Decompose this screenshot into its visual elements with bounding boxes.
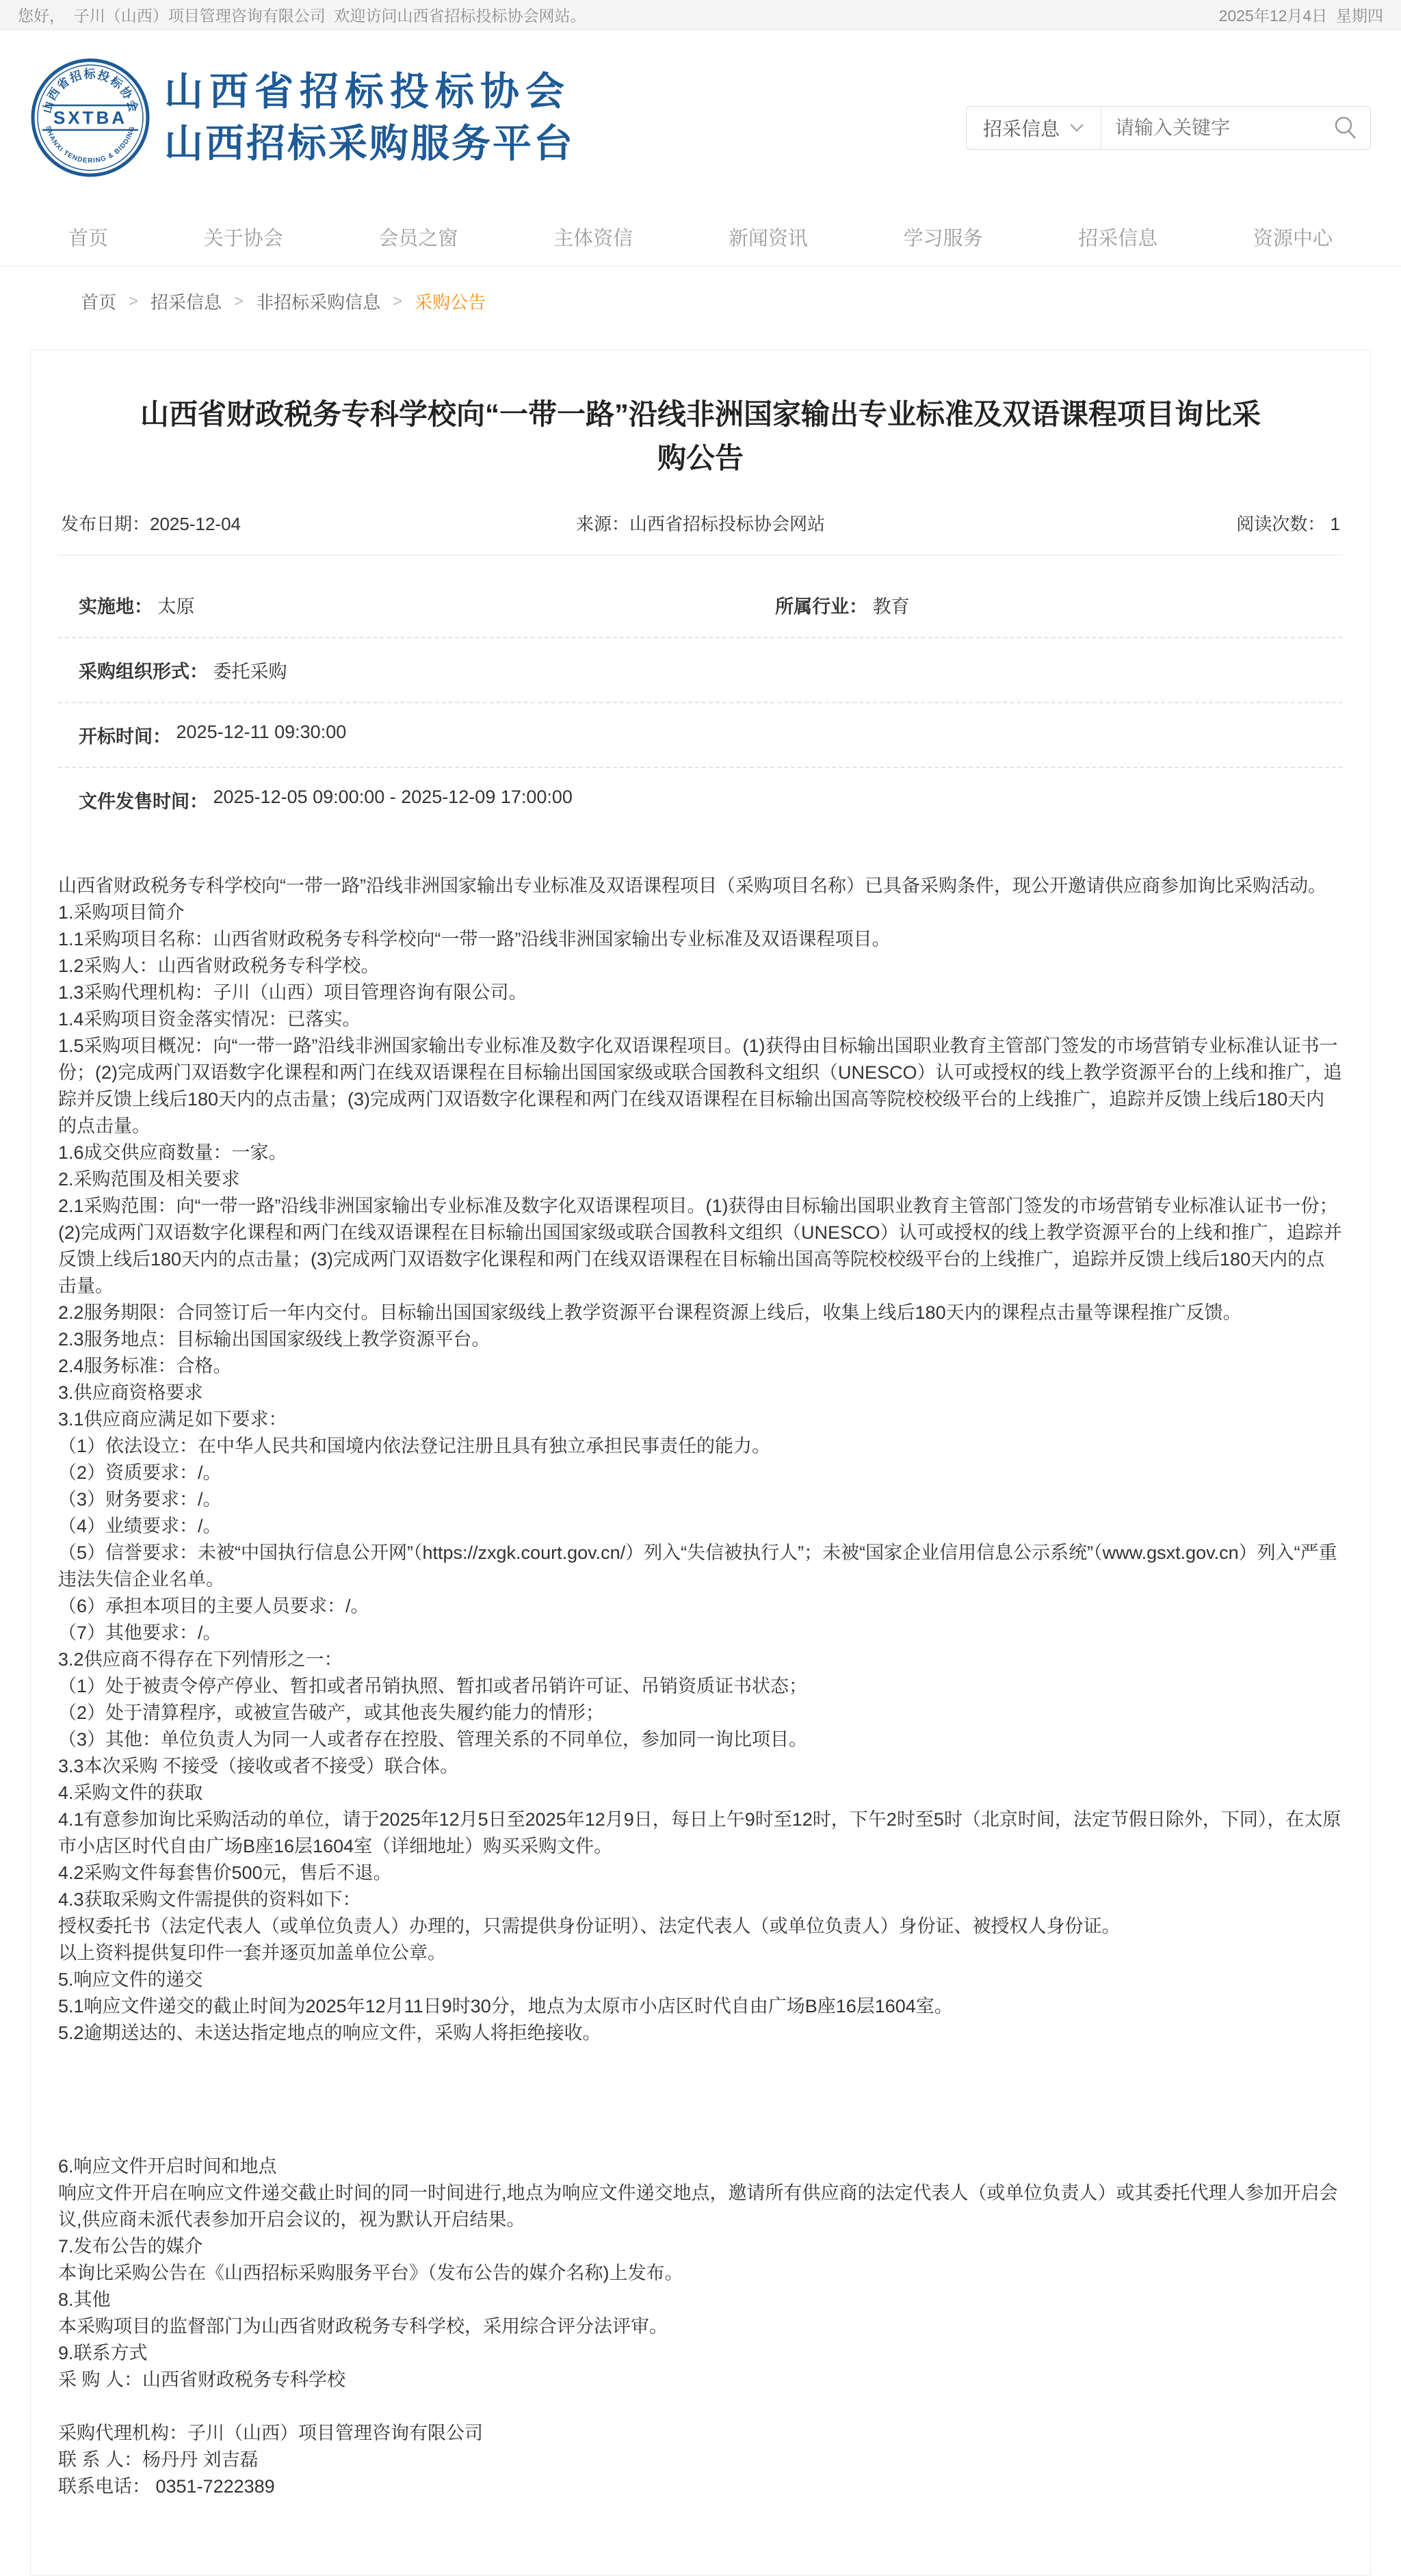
association-emblem-icon: 山西省招标投标协会 SHANXI TENDERING & BIDDING SXT… (30, 57, 150, 178)
nav-item-5[interactable]: 新闻资讯 (729, 223, 808, 251)
body-paragraph: 5.响应文件的递交 (58, 1967, 1343, 1993)
breadcrumb-separator: > (234, 292, 244, 311)
info-value: 2025-12-05 09:00:00 - 2025-12-09 17:00:0… (208, 787, 573, 813)
body-paragraph: 5.2逾期送达的、未送达指定地点的响应文件，采购人将拒绝接收。 (58, 2020, 1343, 2047)
logo-title-line1: 山西省招标投标协会 (164, 69, 575, 114)
info-value: 2025-12-11 09:30:00 (171, 722, 346, 748)
info-label: 文件发售时间： (79, 787, 208, 813)
body-paragraph: （5）信誉要求：未被“中国执行信息公开网”（https://zxgk.court… (58, 1540, 1343, 1593)
body-paragraph: 1.4采购项目资金落实情况：已落实。 (58, 1006, 1343, 1033)
search-button[interactable] (1321, 107, 1370, 149)
nav-item-2[interactable]: 关于协会 (204, 223, 283, 251)
site-header: 山西省招标投标协会 SHANXI TENDERING & BIDDING SXT… (0, 30, 1401, 208)
body-blank-line (58, 2073, 1343, 2100)
article-meta: 发布日期：2025-12-04 来源：山西省招标投标协会网站 阅读次数： 1 (58, 510, 1343, 555)
body-paragraph: 响应文件开启在响应文件递交截止时间的同一时间进行,地点为响应文件递交地点，邀请所… (58, 2180, 1343, 2233)
body-paragraph: 6.响应文件开启时间和地点 (58, 2153, 1343, 2180)
read-count: 阅读次数： 1 (918, 510, 1340, 536)
article-panel: 山西省财政税务专科学校向“一带一路”沿线非洲国家输出专业标准及双语课程项目询比采… (30, 350, 1371, 2576)
body-paragraph: 4.3获取采购文件需提供的资料如下： (58, 1887, 1343, 1913)
info-section: 实施地： 太原所属行业： 教育采购组织形式： 委托采购开标时间： 2025-12… (58, 573, 1343, 832)
body-paragraph: 采购代理机构：子川（山西）项目管理咨询有限公司 (58, 2420, 1343, 2447)
body-paragraph: 2.3服务地点：目标输出国国家级线上教学资源平台。 (58, 1326, 1343, 1353)
body-paragraph: 采 购 人：山西省财政税务专科学校 (58, 2367, 1343, 2393)
body-paragraph: 2.采购范围及相关要求 (58, 1166, 1343, 1193)
body-paragraph: 4.1有意参加询比采购活动的单位，请于2025年12月5日至2025年12月9日… (58, 1806, 1343, 1860)
info-row-1: 实施地： 太原所属行业： 教育 (58, 573, 1343, 637)
body-paragraph: （3）财务要求：/。 (58, 1486, 1343, 1513)
info-cell: 文件发售时间： 2025-12-05 09:00:00 - 2025-12-09… (79, 787, 573, 813)
breadcrumb: 首页>招采信息>非招标采购信息>采购公告 (0, 267, 1401, 332)
info-cell: 采购组织形式： 委托采购 (79, 657, 287, 683)
article-title: 山西省财政税务专科学校向“一带一路”沿线非洲国家输出专业标准及双语课程项目询比采… (133, 393, 1268, 480)
nav-item-4[interactable]: 主体资信 (553, 223, 633, 251)
body-paragraph: 7.发布公告的媒介 (58, 2233, 1343, 2260)
info-row-4: 文件发售时间： 2025-12-05 09:00:00 - 2025-12-09… (58, 767, 1343, 832)
search-input[interactable] (1101, 107, 1321, 149)
breadcrumb-separator: > (393, 292, 402, 311)
info-row-3: 开标时间： 2025-12-11 09:30:00 (58, 702, 1343, 767)
nav-item-8[interactable]: 资源中心 (1253, 223, 1333, 251)
body-paragraph: 本询比采购公告在《山西招标采购服务平台》（发布公告的媒介名称)上发布。 (58, 2260, 1343, 2287)
body-blank-line (58, 2127, 1343, 2153)
search-category-dropdown[interactable]: 招采信息 (967, 107, 1101, 149)
info-value: 委托采购 (208, 657, 287, 683)
breadcrumb-link-3[interactable]: 非招标采购信息 (256, 289, 380, 314)
info-label: 实施地： (79, 592, 153, 618)
body-paragraph: 1.6成交供应商数量：一家。 (58, 1140, 1343, 1166)
chevron-down-icon (1069, 123, 1084, 133)
body-paragraph: 9.联系方式 (58, 2340, 1343, 2367)
search-icon (1333, 115, 1359, 141)
body-paragraph: 2.1采购范围：向“一带一路”沿线非洲国家输出专业标准及数字化双语课程项目。(1… (58, 1193, 1343, 1300)
logo-title-line2: 山西招标采购服务平台 (164, 121, 575, 166)
body-paragraph: 联 系 人：杨丹丹 刘吉磊 (58, 2447, 1343, 2473)
info-label: 所属行业： (775, 592, 867, 618)
body-paragraph: 2.4服务标准：合格。 (58, 1353, 1343, 1380)
breadcrumb-separator: > (129, 292, 138, 311)
svg-text:SXTBA: SXTBA (53, 107, 127, 128)
body-blank-line (58, 2100, 1343, 2127)
body-paragraph: 本采购项目的监督部门为山西省财政税务专科学校，采用综合评分法评审。 (58, 2313, 1343, 2340)
body-paragraph: 5.1响应文件递交的截止时间为2025年12月11日9时30分，地点为太原市小店… (58, 1993, 1343, 2020)
nav-item-7[interactable]: 招采信息 (1078, 223, 1157, 251)
body-paragraph: （2）资质要求：/。 (58, 1460, 1343, 1486)
breadcrumb-current: 采购公告 (415, 289, 486, 314)
body-paragraph: （1）处于被责令停产停业、暂扣或者吊销执照、暂扣或者吊销许可证、吊销资质证书状态… (58, 1673, 1343, 1700)
nav-item-1[interactable]: 首页 (68, 223, 108, 251)
nav-item-3[interactable]: 会员之窗 (378, 223, 458, 251)
logo-title-block: 山西省招标投标协会 山西招标采购服务平台 (164, 69, 575, 166)
current-date: 2025年12月4日 星期四 (1219, 3, 1383, 26)
article-source: 来源：山西省招标投标协会网站 (483, 510, 918, 536)
info-cell: 实施地： 太原 (79, 592, 775, 618)
body-paragraph: 3.1供应商应满足如下要求： (58, 1406, 1343, 1433)
body-paragraph: 以上资料提供复印件一套并逐页加盖单位公章。 (58, 1940, 1343, 1967)
article-body: 山西省财政税务专科学校向“一带一路”沿线非洲国家输出专业标准及双语课程项目（采购… (58, 873, 1343, 2500)
body-paragraph: （3）其他：单位负责人为同一人或者存在控股、管理关系的不同单位，参加同一询比项目… (58, 1726, 1343, 1753)
body-paragraph: 4.2采购文件每套售价500元，售后不退。 (58, 1860, 1343, 1887)
search-category-label: 招采信息 (983, 114, 1060, 142)
info-label: 采购组织形式： (79, 657, 208, 683)
site-logo[interactable]: 山西省招标投标协会 SHANXI TENDERING & BIDDING SXT… (30, 57, 575, 178)
main-nav: 首页关于协会会员之窗主体资信新闻资讯学习服务招采信息资源中心 (0, 208, 1401, 267)
info-cell: 所属行业： 教育 (775, 592, 910, 618)
body-paragraph: 8.其他 (58, 2287, 1343, 2313)
search-box: 招采信息 (966, 106, 1371, 150)
body-paragraph: 联系电话： 0351-7222389 (58, 2473, 1343, 2500)
breadcrumb-link-1[interactable]: 首页 (81, 289, 116, 314)
body-blank-line (58, 2047, 1343, 2073)
breadcrumb-link-2[interactable]: 招采信息 (150, 289, 222, 314)
nav-item-6[interactable]: 学习服务 (904, 223, 983, 251)
body-paragraph: （1）依法设立：在中华人民共和国境内依法登记注册且具有独立承担民事责任的能力。 (58, 1433, 1343, 1460)
body-paragraph: 1.5采购项目概况：向“一带一路”沿线非洲国家输出专业标准及数字化双语课程项目。… (58, 1033, 1343, 1140)
info-row-2: 采购组织形式： 委托采购 (58, 637, 1343, 702)
body-blank-line (58, 2393, 1343, 2420)
body-paragraph: 1.2采购人：山西省财政税务专科学校。 (58, 953, 1343, 980)
top-utility-bar: 您好， 子川（山西）项目管理咨询有限公司 欢迎访问山西省招标投标协会网站。 20… (0, 0, 1401, 30)
body-paragraph: 山西省财政税务专科学校向“一带一路”沿线非洲国家输出专业标准及双语课程项目（采购… (58, 873, 1343, 899)
body-paragraph: 1.1采购项目名称：山西省财政税务专科学校向“一带一路”沿线非洲国家输出专业标准… (58, 926, 1343, 953)
body-paragraph: 4.采购文件的获取 (58, 1780, 1343, 1806)
body-paragraph: 1.采购项目简介 (58, 899, 1343, 926)
body-paragraph: 3.2供应商不得存在下列情形之一： (58, 1646, 1343, 1673)
body-paragraph: 3.供应商资格要求 (58, 1380, 1343, 1406)
info-label: 开标时间： (79, 722, 171, 748)
publish-date: 发布日期：2025-12-04 (61, 510, 483, 536)
welcome-text: 您好， 子川（山西）项目管理咨询有限公司 欢迎访问山西省招标投标协会网站。 (18, 3, 586, 26)
body-paragraph: 1.3采购代理机构：子川（山西）项目管理咨询有限公司。 (58, 980, 1343, 1006)
info-cell: 开标时间： 2025-12-11 09:30:00 (79, 722, 346, 748)
body-paragraph: （2）处于清算程序，或被宣告破产，或其他丧失履约能力的情形； (58, 1700, 1343, 1726)
body-paragraph: 授权委托书（法定代表人（或单位负责人）办理的，只需提供身份证明）、法定代表人（或… (58, 1913, 1343, 1940)
body-paragraph: （7）其他要求：/。 (58, 1620, 1343, 1646)
body-paragraph: 2.2服务期限：合同签订后一年内交付。目标输出国国家级线上教学资源平台课程资源上… (58, 1300, 1343, 1326)
body-paragraph: （6）承担本项目的主要人员要求：/。 (58, 1593, 1343, 1620)
info-value: 教育 (867, 592, 910, 618)
body-paragraph: 3.3本次采购 不接受（接收或者不接受）联合体。 (58, 1753, 1343, 1780)
body-paragraph: （4）业绩要求：/。 (58, 1513, 1343, 1540)
info-value: 太原 (153, 592, 195, 618)
